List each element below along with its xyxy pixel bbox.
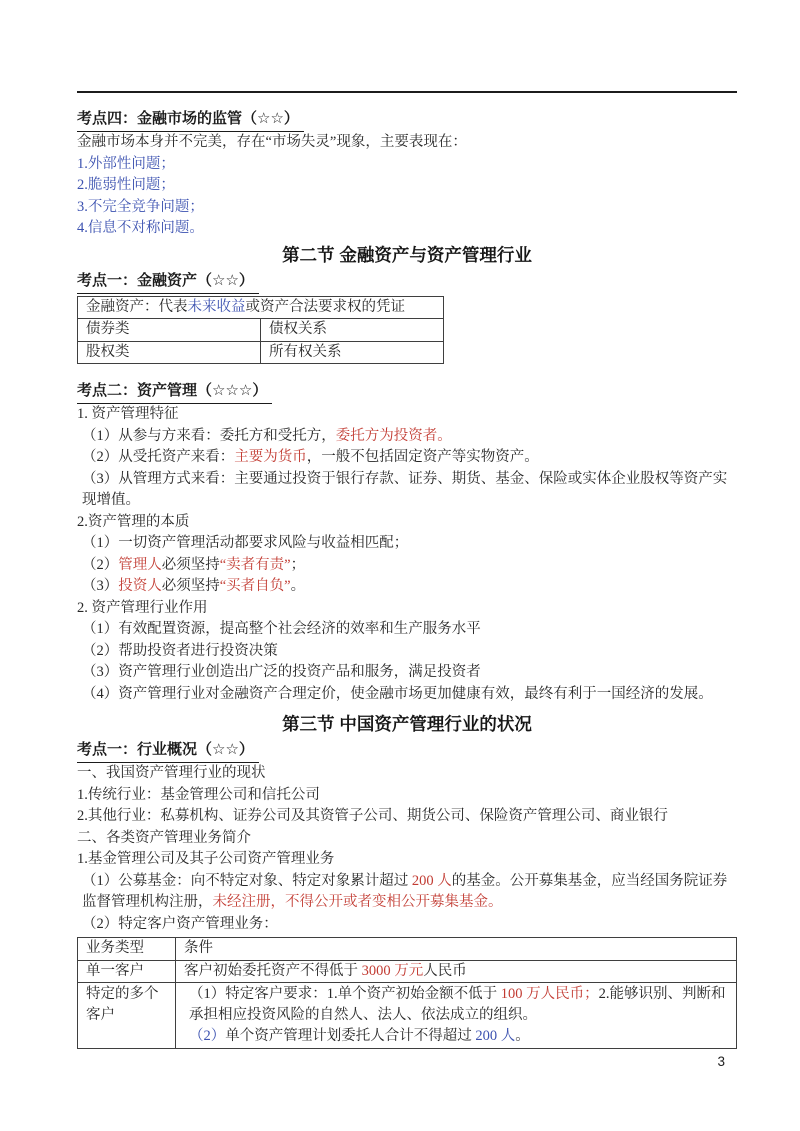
- asset-relation-cell: 所有权关系: [261, 341, 444, 364]
- text-run: （3）: [82, 578, 118, 594]
- kp4-heading-text: 考点四：金融市场的监管（☆☆）: [77, 108, 304, 132]
- text-run: 。: [515, 1028, 530, 1044]
- condition-paragraph: （2）单个资产管理计划委托人合计不得超过 200 人。: [184, 1026, 728, 1047]
- text-run: （1）特定客户要求：1.单个资产初始金额不低于: [189, 986, 501, 1002]
- paragraph: 一、我国资产管理行业的现状: [77, 763, 737, 785]
- text-run: 人民币: [423, 963, 467, 979]
- table-row: 金融资产：代表未来收益或资产合法要求权的凭证: [78, 296, 444, 319]
- text-run-red: 100 万人民币；: [501, 986, 599, 1002]
- paragraph: 2.资产管理的本质: [77, 512, 737, 534]
- paragraph: 二、各类资产管理业务简介: [77, 828, 737, 850]
- text-run-blue: 200 人: [475, 1028, 515, 1044]
- text-run: 客户初始委托资产不得低于: [184, 963, 362, 979]
- paragraph: 1.基金管理公司及其子公司资产管理业务: [77, 849, 737, 871]
- section3-title: 第三节 中国资产管理行业的状况: [77, 711, 737, 737]
- kp1-financial-assets-heading: 考点一：金融资产（☆☆）: [77, 270, 737, 294]
- kp4-heading: 考点四：金融市场的监管（☆☆）: [77, 108, 737, 132]
- table-header-row: 业务类型 条件: [78, 938, 737, 961]
- column-header-condition: 条件: [176, 938, 737, 961]
- paragraph: （4）资产管理行业对金融资产合理定价，使金融市场更加健康有效，最终有利于一国经济…: [77, 684, 737, 706]
- kp2-heading-text: 考点二：资产管理（☆☆☆）: [77, 380, 272, 404]
- paragraph: （3）投资人必须坚持“买者自负”。: [77, 576, 737, 598]
- paragraph: （1）有效配置资源，提高整个社会经济的效率和生产服务水平: [77, 619, 737, 641]
- document-page: 考点四：金融市场的监管（☆☆） 金融市场本身并不完美，存在“市场失灵”现象，主要…: [0, 0, 800, 1071]
- table-row: 特定的多个客户 （1）特定客户要求：1.单个资产初始金额不低于 100 万人民币…: [78, 983, 737, 1049]
- kp-industry-overview-heading: 考点一：行业概况（☆☆）: [77, 739, 737, 763]
- text-run-red: 主要为货币: [234, 449, 307, 465]
- kp-overview-heading-text: 考点一：行业概况（☆☆）: [77, 739, 259, 763]
- section2-title: 第二节 金融资产与资产管理行业: [77, 242, 737, 268]
- text-run: （1）从参与方来看：委托方和受托方，: [82, 428, 336, 444]
- paragraph: 2.其他行业：私募机构、证券公司及其资管子公司、期货公司、保险资产管理公司、商业…: [77, 806, 737, 828]
- asset-relation-cell: 债权关系: [261, 319, 444, 342]
- kp4-intro: 金融市场本身并不完美，存在“市场失灵”现象，主要表现在：: [77, 132, 737, 154]
- page-number: 3: [77, 1053, 737, 1071]
- table-row: 单一客户 客户初始委托资产不得低于 3000 万元人民币: [78, 960, 737, 983]
- text-run: 单个资产管理计划委托人合计不得超过: [225, 1028, 475, 1044]
- business-type-cell: 特定的多个客户: [78, 983, 176, 1049]
- paragraph: （2）帮助投资者进行投资决策: [77, 641, 737, 663]
- paragraph: （2）特定客户资产管理业务：: [77, 914, 737, 936]
- text-run: ；: [291, 557, 306, 573]
- condition-paragraph: （1）特定客户要求：1.单个资产初始金额不低于 100 万人民币；2.能够识别、…: [184, 984, 728, 1026]
- kp4-list-item-3: 3.不完全竞争问题；: [77, 197, 737, 219]
- text-run-red: 管理人: [118, 557, 162, 573]
- text-run: （2）从受托资产来看：: [82, 449, 234, 465]
- table-row: 债券类 债权关系: [78, 319, 444, 342]
- text-run-red: 投资人: [118, 578, 162, 594]
- financial-assets-table: 金融资产：代表未来收益或资产合法要求权的凭证 债券类 债权关系 股权类 所有权关…: [77, 296, 444, 365]
- text-run-red: 未经注册，不得公开或者变相公开募集基金。: [213, 894, 503, 910]
- paragraph: （1）一切资产管理活动都要求风险与收益相匹配；: [77, 533, 737, 555]
- paragraph: 1. 资产管理特征: [77, 404, 737, 426]
- text-run: （2）: [82, 557, 118, 573]
- specific-client-business-table: 业务类型 条件 单一客户 客户初始委托资产不得低于 3000 万元人民币 特定的…: [77, 937, 737, 1049]
- kp4-list-item-2: 2.脆弱性问题；: [77, 175, 737, 197]
- text-run-blue: 未来收益: [188, 299, 246, 315]
- table-row: 股权类 所有权关系: [78, 341, 444, 364]
- kp4-list-item-1: 1.外部性问题；: [77, 154, 737, 176]
- text-run: 。: [291, 578, 306, 594]
- paragraph: （2）从受托资产来看：主要为货币，一般不包括固定资产等实物资产。: [77, 447, 737, 469]
- paragraph: 1.传统行业：基金管理公司和信托公司: [77, 785, 737, 807]
- paragraph: 2. 资产管理行业作用: [77, 598, 737, 620]
- paragraph: （2）管理人必须坚持“卖者有责”；: [77, 555, 737, 577]
- text-run: 必须坚持: [162, 557, 220, 573]
- text-run-red: “买者自负”: [220, 578, 291, 594]
- paragraph: （3）从管理方式来看：主要通过投资于银行存款、证券、期货、基金、保险或实体企业股…: [77, 469, 737, 512]
- text-run: 或资产合法要求权的凭证: [246, 299, 406, 315]
- condition-cell: 客户初始委托资产不得低于 3000 万元人民币: [176, 960, 737, 983]
- text-run-red: 3000 万元: [362, 963, 424, 979]
- top-rule: [77, 91, 737, 93]
- kp2-asset-mgmt-heading: 考点二：资产管理（☆☆☆）: [77, 380, 737, 404]
- paragraph: （1）从参与方来看：委托方和受托方，委托方为投资者。: [77, 426, 737, 448]
- condition-cell: （1）特定客户要求：1.单个资产初始金额不低于 100 万人民币；2.能够识别、…: [176, 983, 737, 1049]
- text-run-red: 200 人: [412, 873, 452, 889]
- text-run: （1）公募基金：向不特定对象、特定对象累计超过: [82, 873, 412, 889]
- text-run: 金融资产：代表: [86, 299, 188, 315]
- column-header-type: 业务类型: [78, 938, 176, 961]
- business-type-cell: 单一客户: [78, 960, 176, 983]
- kp4-list-item-4: 4.信息不对称问题。: [77, 218, 737, 240]
- financial-assets-caption-cell: 金融资产：代表未来收益或资产合法要求权的凭证: [78, 296, 444, 319]
- paragraph: （3）资产管理行业创造出广泛的投资产品和服务，满足投资者: [77, 662, 737, 684]
- kp1-heading-text: 考点一：金融资产（☆☆）: [77, 270, 259, 294]
- text-run: 必须坚持: [162, 578, 220, 594]
- text-run-red: “卖者有责”: [220, 557, 291, 573]
- text-run-red: 委托方为投资者。: [336, 428, 452, 444]
- paragraph: （1）公募基金：向不特定对象、特定对象累计超过 200 人的基金。公开募集基金，…: [77, 871, 737, 914]
- text-run-blue: （2）: [189, 1028, 225, 1044]
- asset-type-cell: 股权类: [78, 341, 261, 364]
- text-run: ，一般不包括固定资产等实物资产。: [307, 449, 539, 465]
- asset-type-cell: 债券类: [78, 319, 261, 342]
